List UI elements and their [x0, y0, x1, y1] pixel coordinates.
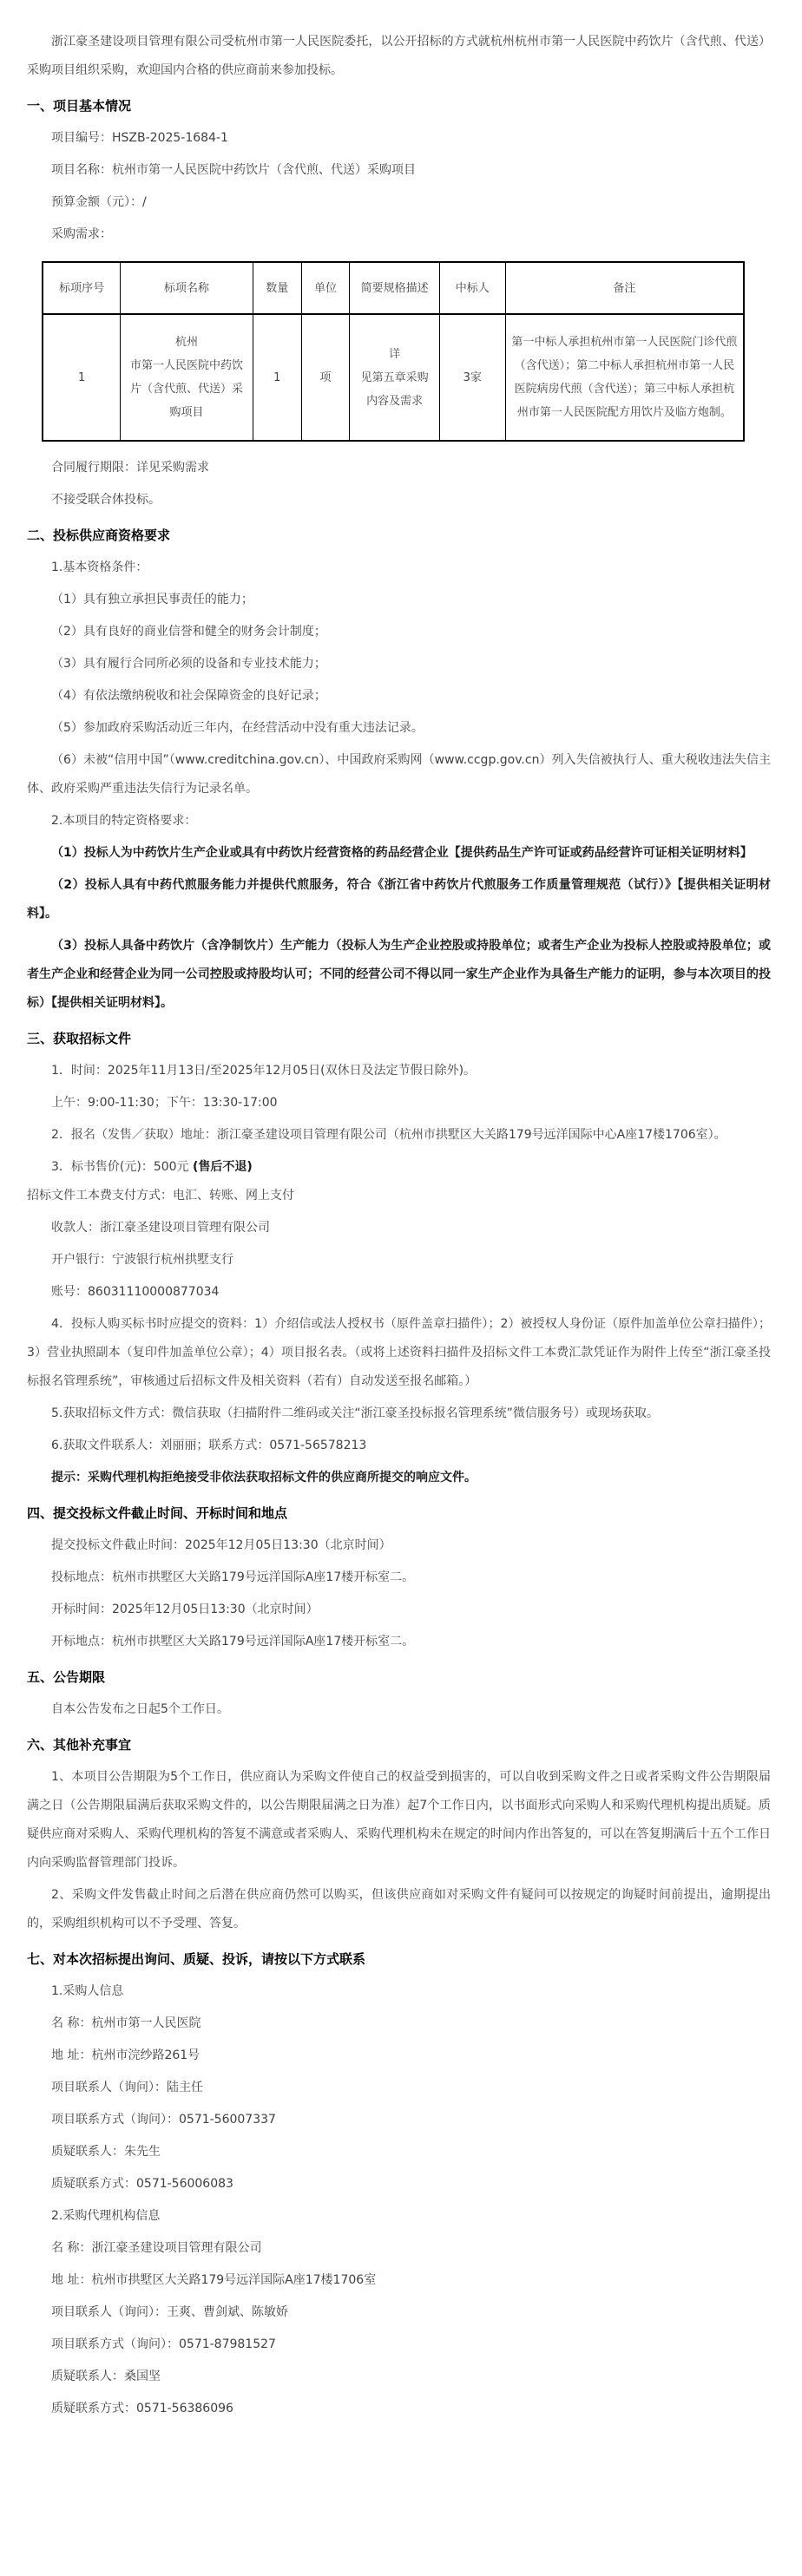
paragraph: 1．时间：2025年11月13日/至2025年12月05日(双休日及法定节假日除…: [27, 1057, 771, 1085]
paragraph: 2.采购代理机构信息: [27, 2202, 771, 2231]
paragraph: 开户银行：宁波银行杭州拱墅支行: [27, 1246, 771, 1275]
paragraph: （4）有依法缴纳税收和社会保障资金的良好记录；: [27, 682, 771, 711]
paragraph: 开标时间：2025年12月05日13:30（北京时间）: [27, 1596, 771, 1624]
table-cell: 第一中标人承担杭州市第一人民医院门诊代煎（含代送）；第二中标人承担杭州市第一人民…: [505, 314, 744, 441]
table-cell: 杭州 市第一人民医院中药饮片（含代煎、代送）采购项目: [121, 314, 253, 441]
text-run-bold: (售后不退): [193, 1160, 253, 1174]
paragraph: 提交投标文件截止时间：2025年12月05日13:30（北京时间）: [27, 1531, 771, 1560]
paragraph: 1、本项目公告期限为5个工作日，供应商认为采购文件使自己的权益受到损害的，可以自…: [27, 1763, 771, 1878]
announcement-body: 浙江豪圣建设项目管理有限公司受杭州市第一人民医院委托，以公开招标的方式就杭州杭州…: [27, 28, 771, 2423]
table-row: 1杭州 市第一人民医院中药饮片（含代煎、代送）采购项目1项详 见第五章采购内容及…: [43, 314, 744, 441]
paragraph: 采购需求：: [27, 220, 771, 249]
paragraph: 上午：9:00-11:30；下午：13:30-17:00: [27, 1089, 771, 1118]
paragraph: 质疑联系人：桑国坚: [27, 2363, 771, 2391]
paragraph: 开标地点：杭州市拱墅区大关路179号远洋国际A座17楼开标室二。: [27, 1628, 771, 1656]
section-heading: 五、公告期限: [27, 1663, 771, 1692]
paragraph: （5）参加政府采购活动近三年内，在经营活动中没有重大违法记录。: [27, 714, 771, 743]
paragraph-bold: （3）投标人具备中药饮片（含净制饮片）生产能力（投标人为生产企业控股或持股单位；…: [27, 932, 771, 1018]
text-run: 招标文件工本费支付方式：电汇、转账、网上支付: [27, 1189, 294, 1203]
table-header-cell: 中标人: [439, 262, 505, 314]
announcement-document: 浙江豪圣建设项目管理有限公司受杭州市第一人民医院委托，以公开招标的方式就杭州杭州…: [0, 0, 802, 2576]
paragraph: （1）具有独立承担民事责任的能力；: [27, 586, 771, 614]
paragraph-mixed: 3．标书售价(元)：500元 (售后不退)招标文件工本费支付方式：电汇、转账、网…: [27, 1153, 771, 1210]
paragraph: 名 称：浙江豪圣建设项目管理有限公司: [27, 2234, 771, 2263]
table-cell: 详 见第五章采购内容及需求: [350, 314, 439, 441]
table-header-cell: 标项序号: [43, 262, 121, 314]
section-heading: 四、提交投标文件截止时间、开标时间和地点: [27, 1499, 771, 1528]
paragraph: 2．报名（发售／获取）地址：浙江豪圣建设项目管理有限公司（杭州市拱墅区大关路17…: [27, 1121, 771, 1150]
paragraph: 项目名称：杭州市第一人民医院中药饮片（含代煎、代送）采购项目: [27, 156, 771, 185]
table-header-cell: 简要规格描述: [350, 262, 439, 314]
paragraph: 项目联系方式（询问）：0571-56007337: [27, 2106, 771, 2134]
paragraph: 项目编号：HSZB-2025-1684-1: [27, 124, 771, 153]
section-heading: 六、其他补充事宜: [27, 1731, 771, 1760]
intro-paragraph: 浙江豪圣建设项目管理有限公司受杭州市第一人民医院委托，以公开招标的方式就杭州杭州…: [27, 28, 771, 85]
table-cell: 1: [43, 314, 121, 441]
paragraph: 地 址：杭州市拱墅区大关路179号远洋国际A座17楼1706室: [27, 2266, 771, 2295]
paragraph: 项目联系方式（询问）：0571-87981527: [27, 2330, 771, 2359]
text-run: 3．标书售价(元)：500元: [51, 1160, 193, 1174]
paragraph: 2、采购文件发售截止时间之后潜在供应商仍然可以购买，但该供应商如对采购文件有疑问…: [27, 1881, 771, 1938]
section-heading: 七、对本次招标提出询问、质疑、投诉，请按以下方式联系: [27, 1945, 771, 1974]
table-header-row: 标项序号标项名称数量单位简要规格描述中标人备注: [43, 262, 744, 314]
table-header-cell: 数量: [253, 262, 301, 314]
paragraph: 预算金额（元）：/: [27, 188, 771, 217]
paragraph-bold: 提示：采购代理机构拒绝接受非依法获取招标文件的供应商所提交的响应文件。: [27, 1464, 771, 1492]
section-heading: 二、投标供应商资格要求: [27, 521, 771, 550]
paragraph-bold: （1）投标人为中药饮片生产企业或具有中药饮片经营资格的药品经营企业【提供药品生产…: [27, 839, 771, 868]
procurement-requirements-table: 标项序号标项名称数量单位简要规格描述中标人备注1杭州 市第一人民医院中药饮片（含…: [42, 261, 745, 442]
paragraph-bold: （2）投标人具有中药代煎服务能力并提供代煎服务，符合《浙江省中药饮片代煎服务工作…: [27, 871, 771, 928]
table-cell: 3家: [439, 314, 505, 441]
paragraph: 5.获取招标文件方式：微信获取（扫描附件二维码或关注“浙江豪圣投标报名管理系统”…: [27, 1399, 771, 1428]
table-header-cell: 标项名称: [121, 262, 253, 314]
paragraph: 不接受联合体投标。: [27, 486, 771, 515]
paragraph: 质疑联系方式：0571-56386096: [27, 2395, 771, 2423]
paragraph: 1.采购人信息: [27, 1977, 771, 2006]
paragraph: 质疑联系方式：0571-56006083: [27, 2170, 771, 2199]
paragraph: 6.获取文件联系人：刘丽丽；联系方式：0571-56578213: [27, 1432, 771, 1460]
table-header-cell: 单位: [301, 262, 350, 314]
paragraph: 收款人：浙江豪圣建设项目管理有限公司: [27, 1214, 771, 1242]
paragraph: 1.基本资格条件：: [27, 554, 771, 582]
section-heading: 一、项目基本情况: [27, 92, 771, 121]
table-cell: 1: [253, 314, 301, 441]
paragraph: 名 称：杭州市第一人民医院: [27, 2009, 771, 2038]
paragraph: 投标地点：杭州市拱墅区大关路179号远洋国际A座17楼开标室二。: [27, 1563, 771, 1592]
paragraph: 质疑联系人：朱先生: [27, 2138, 771, 2166]
paragraph: （3）具有履行合同所必须的设备和专业技术能力；: [27, 650, 771, 678]
paragraph: 自本公告发布之日起5个工作日。: [27, 1695, 771, 1724]
paragraph: 账号：86031110000877034: [27, 1278, 771, 1307]
table-header-cell: 备注: [505, 262, 744, 314]
paragraph: 2.本项目的特定资格要求：: [27, 807, 771, 836]
table-cell: 项: [301, 314, 350, 441]
paragraph: （6）未被“信用中国”（www.creditchina.gov.cn）、中国政府…: [27, 746, 771, 803]
paragraph: 合同履行期限：详见采购需求: [27, 454, 771, 482]
paragraph: 项目联系人（询问）：陆主任: [27, 2074, 771, 2102]
paragraph: 4．投标人购买标书时应提交的资料：1）介绍信或法人授权书（原件盖章扫描件）；2）…: [27, 1310, 771, 1396]
paragraph: 地 址：杭州市浣纱路261号: [27, 2042, 771, 2070]
section-heading: 三、获取招标文件: [27, 1025, 771, 1053]
paragraph: （2）具有良好的商业信誉和健全的财务会计制度；: [27, 618, 771, 646]
paragraph: 项目联系人（询问）：王爽、曹剑斌、陈敏娇: [27, 2298, 771, 2327]
